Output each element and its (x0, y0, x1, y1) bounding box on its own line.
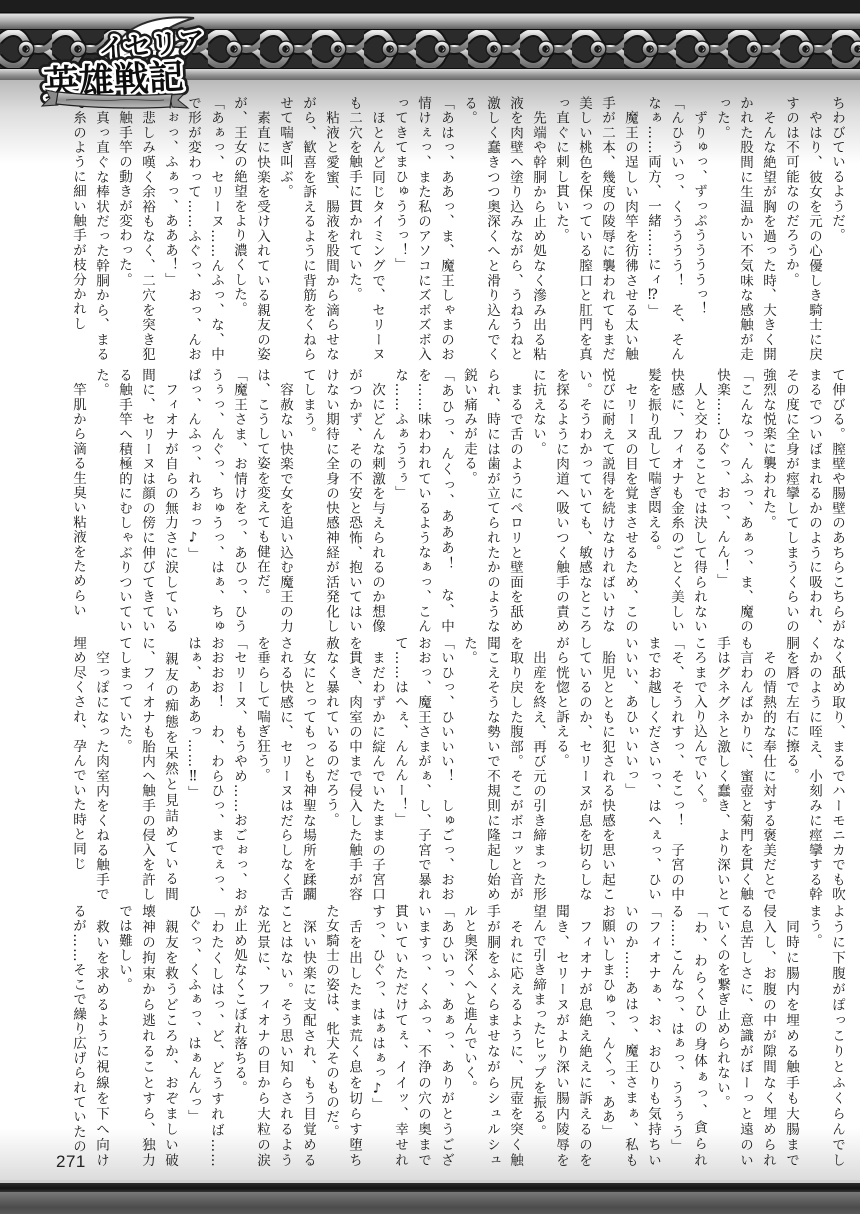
paragraph: 「あひいっ、あぁっ、ありがとうございますっ、くふっ、不浄の穴の奥まで貫いていただ… (365, 904, 457, 1168)
paragraph: 真っ直ぐな棒状だった幹胴から、まるで糸のように細い触手が枝分かれし (66, 96, 112, 362)
paragraph: 空っぽになった肉室内をくねる触手で埋め尽くされ、孕んでいた時と同じ (66, 636, 112, 902)
paragraph: ように下腹がぽっこりとふくらんでしまう。 (802, 904, 848, 1168)
paragraph: 同時に腸内を埋める触手も大腸まで侵入し、お腹の中が隙間なく埋められる息苦しさに、… (710, 904, 802, 1168)
paragraph: 魔王の逞しい肉竿を彷彿させる太い触手が二本、幾度の陵辱に襲われてもまだ美しい桃色… (549, 96, 641, 362)
paragraph: それに応えるように、尻壺を突く触手が胴をふくらませながらシュルシュルと奥深くへと… (457, 904, 526, 1168)
paragraph: ちわびているようだ。 (825, 96, 848, 362)
paragraph: フィオナが息絶え絶えに訴えるのを聞き、セリーヌがより深い腸内陵辱を望んで引き締ま… (526, 904, 595, 1168)
paragraph: 「セリーヌ、もうやめ……おごぉっ、おおおおお！ わ、わらひっ、までぇっ、はぁ、あ… (181, 636, 250, 902)
paragraph: 悲しみ嘆く余裕もなく、二穴を突き犯す触手竿の動きが変わった。 (112, 96, 158, 362)
text-band-2: て伸びる。膣壁や腸壁のあちらこちらがまるでついばまれるかのように吸われ、その度に… (48, 368, 848, 634)
paragraph: まるで舌のようにペロリと壁面を舐められ、時には歯が立てられたかのような鋭い痛みが… (457, 368, 526, 634)
paragraph: まだわずかに綻んでいたままの子宮口を貫き、肉室の中まで侵入した触手が容赦なく暴れ… (319, 636, 388, 902)
text-band-4: ように下腹がぽっこりとふくらんでしまう。 同時に腸内を埋める触手も大腸まで侵入し… (48, 904, 848, 1168)
paragraph: 「あはっ、ああっ、ま、魔王しゃまのお情けぇっ、また私のアソコにズボズボ入ってきて… (388, 96, 457, 362)
paragraph: 救いを求めるように視線を下へ向けるが……そこで繰り広げられていたの (66, 904, 112, 1168)
paragraph: 「あぁっ、セリーヌ……んふっ、な、中で形が変わって……ふぐっ、おっ、んおおぉっ、… (158, 96, 227, 362)
paragraph: ずりゅっ、ずっぷううううっ！ (687, 96, 710, 362)
paragraph: 粘液と愛蜜、腸液を股間から滴らせながら、歓喜を訴えるように背筋をくねらせて喘ぎ叫… (273, 96, 342, 362)
paragraph: やはり、彼女を元の心優しき騎士に戻すのは不可能なのだろうか。 (779, 96, 825, 362)
paragraph: 「魔王さま、お情けをっ、あひっ、ひううぅっ、んぐっ、ちゅうっ、はぁ、ちゅぱっ、ん… (181, 368, 250, 634)
paragraph: 容赦ない快楽で女を追い込む魔王の力は、こうして姿を変えても健在だ。 (250, 368, 296, 634)
text-band-3: なく舐め取り、まるでハーモニカでも吹くかのように咥え、小刻みに痙攣する幹胴を唇で… (48, 636, 848, 902)
bottom-border-band (0, 1192, 860, 1214)
bottom-border (0, 1180, 860, 1214)
paragraph: ほとんど同じタイミングで、セリーヌも二穴を触手に貫かれていた。 (342, 96, 388, 362)
paragraph: 「いひっ、ひいいい！ しゅごっ、おおおおっ、魔王さまがぁ、し、子宮で暴れて……は… (388, 636, 457, 902)
paragraph: その情熱的な奉仕に対する褒美だとでも言わんばかりに、蜜壺と菊門を貫く触手はグネグ… (687, 636, 779, 902)
paragraph: 舌を出したまま荒く息を切らす堕ちた女騎士の姿は、牝犬そのものだ。 (319, 904, 365, 1168)
paragraph: て伸びる。膣壁や腸壁のあちらこちらがまるでついばまれるかのように吸われ、その度に… (756, 368, 848, 634)
paragraph: そんな絶望が胸を過った時、大きく開かれた股間に生温かい不気味な感触が走った。 (710, 96, 779, 362)
paragraph: 「んひういっ、くうううう！ そ、そんなぁ……両方、一緒……にィ⁉」 (641, 96, 687, 362)
paragraph: 素直に快楽を受け入れている親友の姿が、王女の絶望をより濃くした。 (227, 96, 273, 362)
bottom-border-dark-line (0, 1183, 860, 1192)
paragraph: 人と交わることでは決して得られない快感に、フィオナも金糸のごとく美しい髪を振り乱… (641, 368, 710, 634)
paragraph: 先端や幹胴から止め処なく滲み出る粘液を肉壁へ塗り込みながら、うねうねと激しく蠢き… (457, 96, 549, 362)
paragraph: セリーヌの目を覚まさせるため、この悦びに耐えて説得を続けなければいけない。そうわ… (526, 368, 641, 634)
text-band-1: ちわびているようだ。 やはり、彼女を元の心優しき騎士に戻すのは不可能なのだろうか… (48, 96, 848, 362)
paragraph: なく舐め取り、まるでハーモニカでも吹くかのように咥え、小刻みに痙攣する幹胴を唇で… (779, 636, 848, 902)
paragraph: 「わたくしはっ、ど、どうすれば……ひぐっ、くふぁっ、はぁんんっ」 (181, 904, 227, 1168)
paragraph: 女にとってもっとも神聖な場所を蹂躙される快感に、セリーヌはだらしなく舌を垂らして… (250, 636, 319, 902)
paragraph: 深い快楽に支配され、もう目覚めることはない。そう思い知らされるような光景に、フィ… (227, 904, 319, 1168)
paragraph: 「あひっ、んくっ、あああ！ な、中を……味わわれているようなぁっ、こんな……ふぁ… (388, 368, 457, 634)
paragraph: 竿肌から滴る生臭い粘液をためらい (66, 368, 89, 634)
paragraph: 次にどんな刺激を与えられるのか想像がつかず、その不安と恐怖、抱いてはいけない期待… (296, 368, 388, 634)
paragraph: 親友の痴態を呆然と見詰めている間に、フィオナも胎内へ触手の侵入を許してしまってい… (112, 636, 181, 902)
paragraph: 「そ、そうれすっ、そこっ！ 子宮の中までお越しくださいっ、はへぇっ、ひいいいい、… (618, 636, 687, 902)
paragraph: 「フィオナぁ、お、おひりも気持ちいいのか……あはっ、魔王さまぁ、私もお願いしまひ… (595, 904, 664, 1168)
paragraph: 「こんなっ、んふっ、あぁっ、ま、魔の快楽……ひぐっ、おっ、んん！」 (710, 368, 756, 634)
logo: イセリア イセリア 英雄戦記 英雄戦記 (12, 10, 216, 110)
paragraph: 出産を終え、再び元の引き締まった形を取り戻した腹部。そこがボコッと音が聞こえそう… (457, 636, 549, 902)
paragraph: 胎児とともに犯される快感を思い起こしているのか、セリーヌが息を切らしながら恍惚と… (549, 636, 618, 902)
paragraph: 「わ、わらくひの身体ぁっ、貪られる……こんなっ、はぁっ、ううぅう」 (664, 904, 710, 1168)
paragraph: フィオナが自らの無力さに涙している間に、セリーヌは顔の傍に伸びてきている触手竿へ… (89, 368, 181, 634)
page-number: 271 (56, 1152, 86, 1172)
paragraph: 親友を救うどころか、おぞましい破壊神の拘束から逃れることすら、独力では難しい。 (112, 904, 181, 1168)
